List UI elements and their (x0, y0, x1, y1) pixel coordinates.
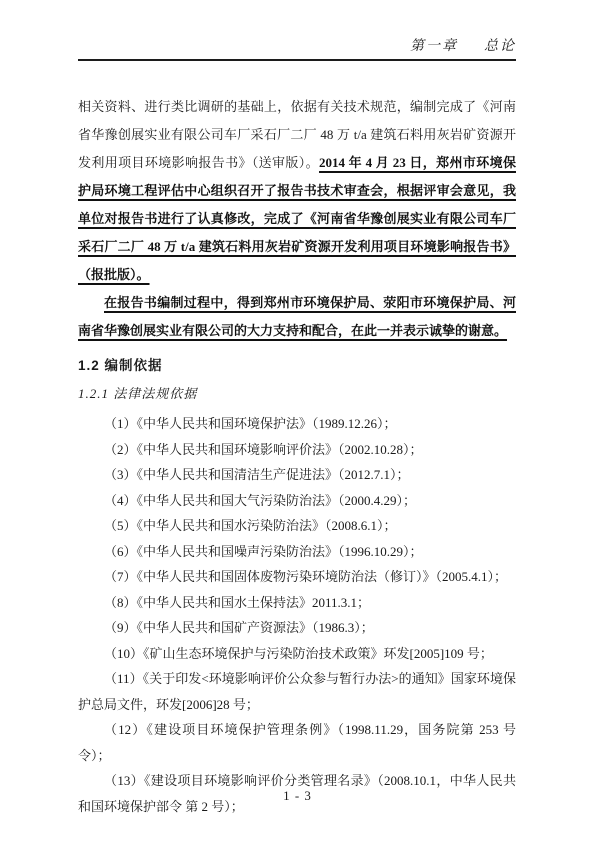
law-item-1: （1）《中华人民共和国环境保护法》（1989.12.26）； (78, 411, 516, 437)
paragraph-report-compilation: 相关资料、进行类比调研的基础上，依据有关技术规范，编制完成了《河南省华豫创展实业… (78, 93, 516, 289)
law-item-8: （8）《中华人民共和国水土保持法》2011.3.1； (78, 590, 516, 616)
page-content: 第一章总论 相关资料、进行类比调研的基础上，依据有关技术规范，编制完成了《河南省… (78, 0, 516, 819)
law-item-11: （11）《关于印发<环境影响评价公众参与暂行办法>的通知》国家环境保护总局文件，… (78, 666, 516, 717)
subsection-heading-1-2-1: 1.2.1 法律法规依据 (78, 382, 516, 406)
paragraph-emphasized-text: 2014 年 4 月 23 日，郑州市环境保护局环境工程评估中心组织召开了报告书… (78, 155, 516, 282)
law-item-9: （9）《中华人民共和国矿产资源法》（1986.3）； (78, 615, 516, 641)
section-heading-1-2: 1.2 编制依据 (78, 354, 516, 378)
page-footer: 1 - 3 (0, 788, 595, 804)
document-body: 相关资料、进行类比调研的基础上，依据有关技术规范，编制完成了《河南省华豫创展实业… (78, 93, 516, 819)
law-item-12: （12）《建设项目环境保护管理条例》（1998.11.29，国务院第 253 号… (78, 717, 516, 768)
law-item-5: （5）《中华人民共和国水污染防治法》（2008.6.1）； (78, 513, 516, 539)
law-item-7: （7）《中华人民共和国固体废物污染环境防治法（修订）》（2005.4.1）； (78, 564, 516, 590)
page-number: 1 - 3 (283, 788, 312, 803)
page-header: 第一章总论 (78, 39, 516, 61)
law-list: （1）《中华人民共和国环境保护法》（1989.12.26）； （2）《中华人民共… (78, 411, 516, 819)
header-chapter-label: 第一章 (410, 39, 458, 54)
law-item-3: （3）《中华人民共和国清洁生产促进法》（2012.7.1）； (78, 462, 516, 488)
law-item-2: （2）《中华人民共和国环境影响评价法》（2002.10.28）； (78, 437, 516, 463)
document-page: 第一章总论 相关资料、进行类比调研的基础上，依据有关技术规范，编制完成了《河南省… (0, 0, 595, 842)
law-item-6: （6）《中华人民共和国噪声污染防治法》（1996.10.29）； (78, 539, 516, 565)
paragraph-acknowledgement: 在报告书编制过程中，得到郑州市环境保护局、荥阳市环境保护局、河南省华豫创展实业有… (78, 289, 516, 345)
law-item-4: （4）《中华人民共和国大气污染防治法》（2000.4.29）； (78, 488, 516, 514)
law-item-10: （10）《矿山生态环境保护与污染防治技术政策》环发[2005]109 号； (78, 641, 516, 667)
header-chapter-title: 总论 (484, 39, 516, 54)
